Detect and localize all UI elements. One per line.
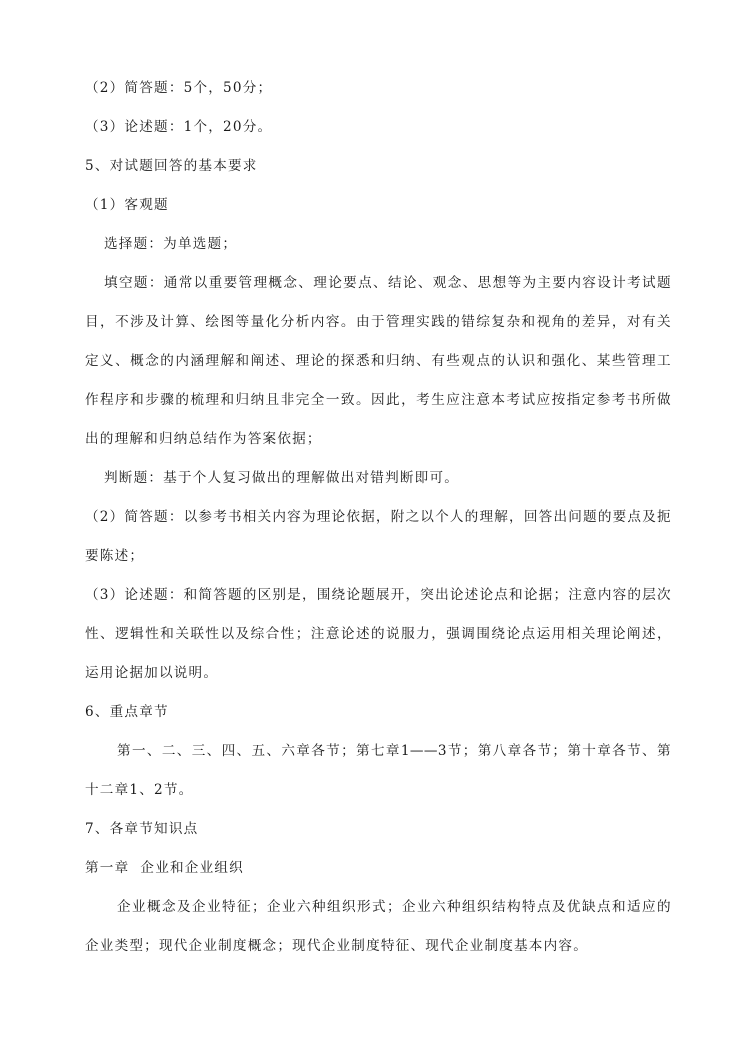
paragraph-key-chapters-line-1: 第一、二、三、四、五、六章各节；第七章1——3节；第八章各节；第十章各节、第 — [117, 741, 671, 761]
paragraph-short-answer-line-2: 要陈述； — [85, 546, 144, 566]
paragraph-fill-blank-line-1: 填空题：通常以重要管理概念、理论要点、结论、观念、思想等为主要内容设计考试题 — [104, 273, 671, 293]
paragraph-fill-blank-line-4: 作程序和步骤的梳理和归纳且非完全一致。因此，考生应注意本考试应按指定参考书所做 — [85, 390, 671, 410]
paragraph-chapter1-line-2: 企业类型；现代企业制度概念；现代企业制度特征、现代企业制度基本内容。 — [85, 936, 588, 956]
line-true-false: 判断题：基于个人复习做出的理解做出对错判断即可。 — [104, 468, 459, 488]
line-short-answer-count: （2）简答题：5个，50分； — [85, 78, 272, 98]
section-heading-5: 5、对试题回答的基本要求 — [85, 156, 258, 176]
section-heading-7: 7、各章节知识点 — [85, 819, 198, 839]
paragraph-key-chapters-line-2: 十二章1、2节。 — [85, 780, 193, 800]
line-multiple-choice: 选择题：为单选题； — [104, 234, 237, 254]
paragraph-essay-line-1: （3）论述题：和简答题的区别是，围绕论题展开，突出论述论点和论据；注意内容的层次 — [85, 585, 671, 605]
subheading-objective: （1）客观题 — [85, 195, 169, 215]
paragraph-fill-blank-line-2: 目，不涉及计算、绘图等量化分析内容。由于管理实践的错综复杂和视角的差异，对有关 — [85, 312, 671, 332]
paragraph-fill-blank-line-3: 定义、概念的内涵理解和阐述、理论的探悉和归纳、有些观点的认识和强化、某些管理工 — [85, 351, 671, 371]
paragraph-short-answer-line-1: （2）简答题：以参考书相关内容为理论依据，附之以个人的理解，回答出问题的要点及扼 — [85, 507, 671, 527]
paragraph-essay-line-3: 运用论据加以说明。 — [85, 663, 218, 683]
paragraph-chapter1-line-1: 企业概念及企业特征；企业六种组织形式；企业六种组织结构特点及优缺点和适应的 — [117, 897, 671, 917]
section-heading-6: 6、重点章节 — [85, 702, 169, 722]
line-essay-count: （3）论述题：1个，20分。 — [85, 117, 272, 137]
chapter-heading-1: 第一章 企业和企业组织 — [85, 858, 244, 878]
document-page: （2）简答题：5个，50分； （3）论述题：1个，20分。 5、对试题回答的基本… — [0, 0, 744, 1052]
paragraph-essay-line-2: 性、逻辑性和关联性以及综合性；注意论述的说服力，强调围绕论点运用相关理论阐述， — [85, 624, 671, 644]
paragraph-fill-blank-line-5: 出的理解和归纳总结作为答案依据； — [85, 429, 322, 449]
